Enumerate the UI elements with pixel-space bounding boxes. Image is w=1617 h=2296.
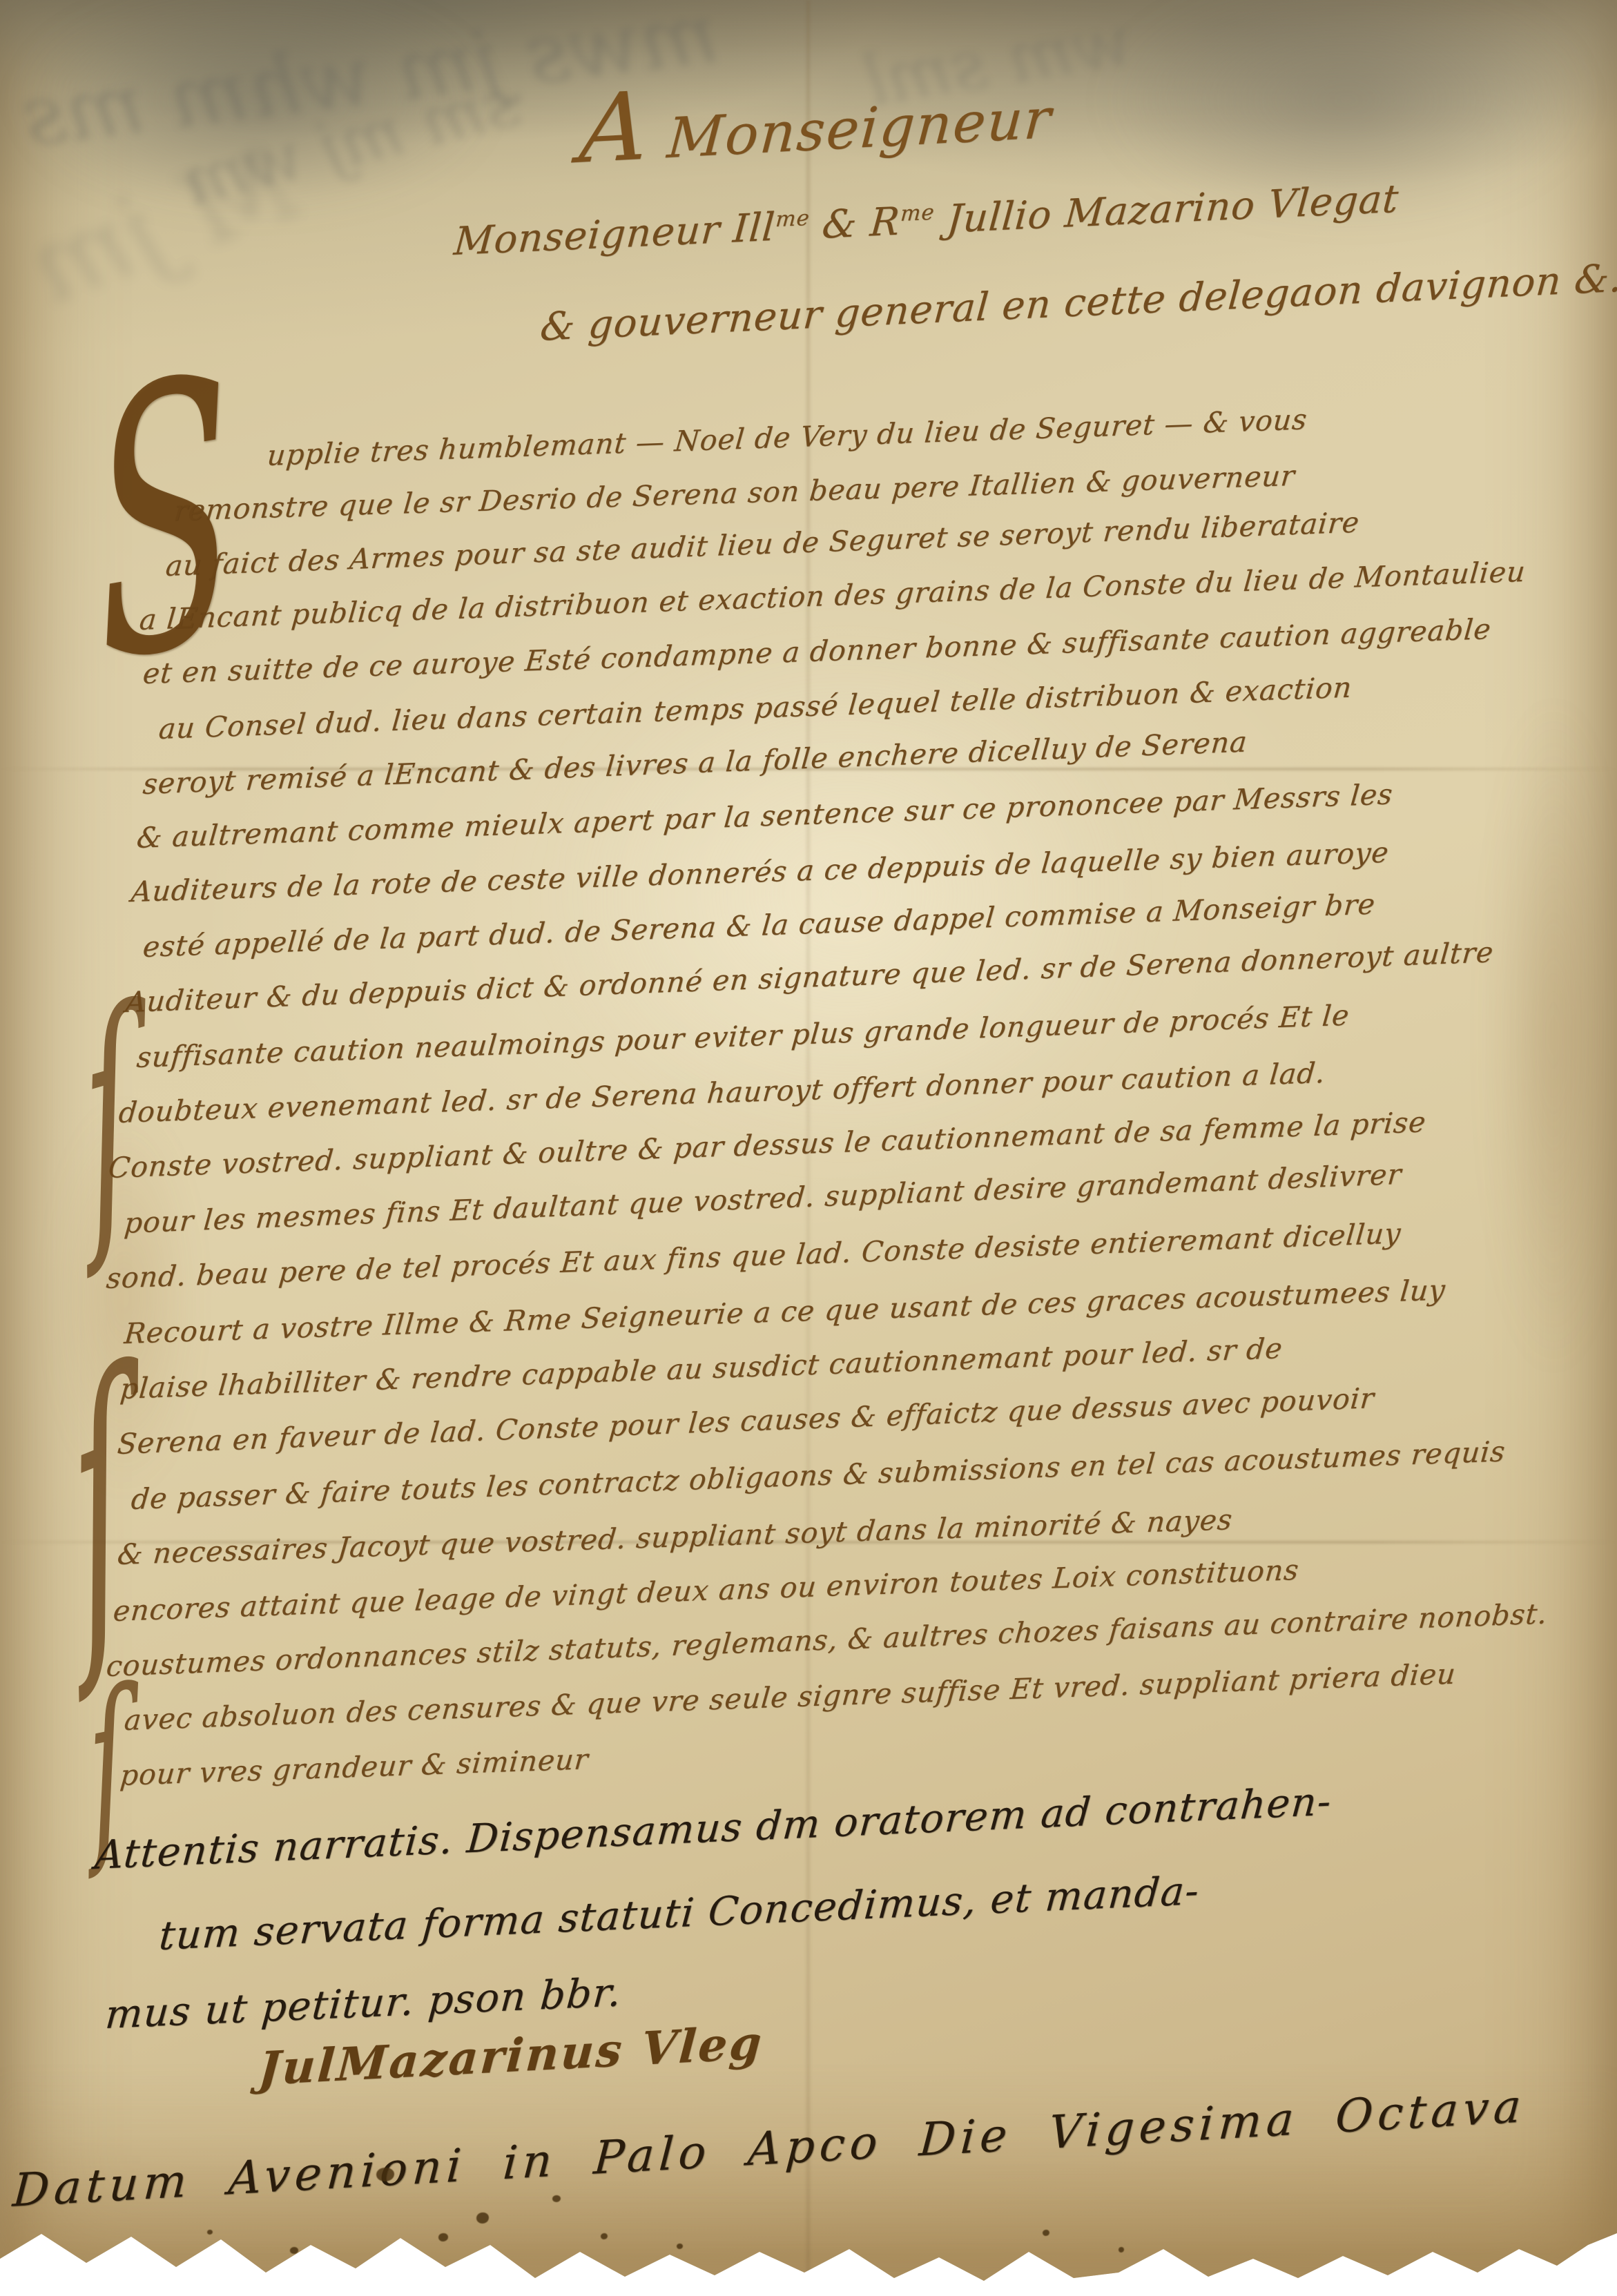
document-heading: A Monseigneur [577, 50, 1056, 185]
manuscript-scan: mws jm whm ms sm mj wm M jm wm sml A Mon… [0, 0, 1617, 2296]
ink-spot [1043, 2230, 1049, 2236]
margin-flourish: ſ [59, 1304, 142, 1709]
ink-spot [290, 2247, 298, 2254]
petition-line: pour vres grandeur & simineur [119, 1742, 590, 1792]
address-text: & R [807, 199, 902, 248]
ink-spot [207, 2230, 213, 2235]
address-line-1: Monseigneur Illme & Rme Jullio Mazarino … [452, 177, 1400, 264]
rescript-line: Attentis narratis. Dispensamus dm orator… [93, 1779, 1333, 1878]
address-text: Jullio Mazarino Vlegat [932, 177, 1400, 243]
ink-spot [677, 2244, 683, 2249]
ink-bleedthrough: M jm [15, 124, 309, 329]
dateline: Datum Avenioni in Palo Apco Die Vigesima… [11, 2079, 1527, 2217]
address-text: Monseigneur Ill [452, 205, 777, 264]
stain-right-edge [1471, 587, 1617, 1484]
ink-spot [601, 2233, 608, 2239]
address-line-2: & gouverneur general en cette delegaon d… [539, 256, 1617, 350]
ink-spot [552, 2195, 561, 2202]
petition-line: upplie tres humblemant — Noel de Very du… [266, 402, 1309, 472]
stain-top-left [0, 0, 573, 249]
ink-spot [1119, 2247, 1124, 2253]
ink-spot [476, 2212, 489, 2224]
rescript-line: tum servata forma statuti Concedimus, et… [157, 1868, 1201, 1959]
superscript: me [900, 200, 936, 226]
ink-bleedthrough: sm mj wm [175, 64, 526, 222]
ink-spot [438, 2233, 448, 2241]
parchment-sheet: mws jm whm ms sm mj wm M jm wm sml A Mon… [0, 0, 1617, 2296]
superscript: me [775, 206, 811, 232]
